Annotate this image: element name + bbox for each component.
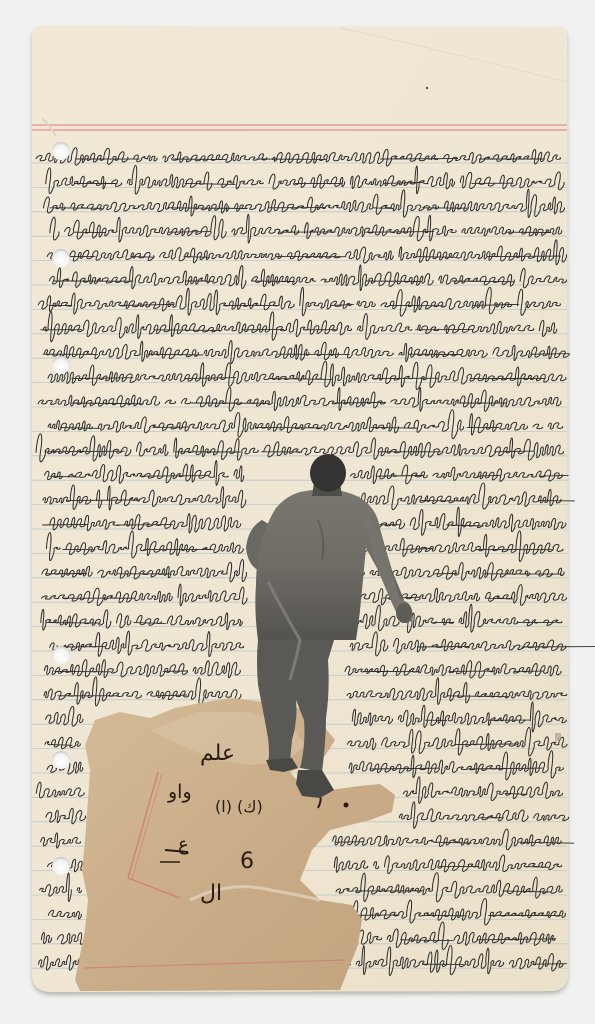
paper-smudge — [555, 733, 561, 741]
binder-hole — [52, 857, 70, 875]
ink-speck — [426, 87, 428, 89]
binder-hole — [52, 356, 70, 374]
binder-hole — [52, 142, 70, 160]
collage-artwork: علم واو (ا) (ك) ع 6 ال — [0, 0, 595, 1024]
arabic-word-2: واو — [167, 781, 192, 803]
figure-right-hand — [396, 603, 412, 623]
binder-hole — [52, 249, 70, 267]
arabic-word-3: (ا) (ك) — [215, 797, 263, 816]
arabic-word-6: ال — [200, 881, 222, 906]
figure-head — [310, 454, 346, 492]
arabic-word-5: 6 — [240, 849, 254, 874]
binder-hole — [52, 646, 70, 664]
binder-hole — [52, 751, 70, 769]
arabic-word-1: علم — [200, 741, 235, 766]
arabic-dot — [344, 803, 349, 808]
